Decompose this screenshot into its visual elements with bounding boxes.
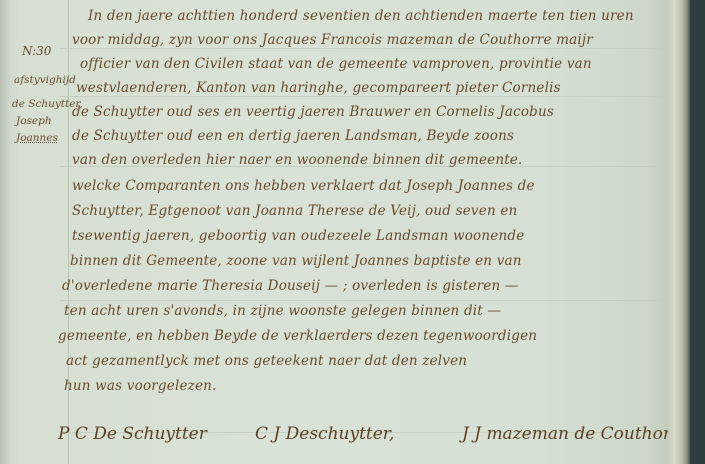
margin-rule: [68, 0, 69, 464]
text-line: In den jaere achttien honderd seventien …: [88, 8, 634, 24]
signature: J J mazeman de Couthorre: [462, 424, 689, 444]
document-page: N:30 afstyvighijd de Schuytter, Joseph J…: [0, 0, 680, 464]
text-line: de Schuytter oud ses en veertig jaeren B…: [72, 104, 554, 120]
text-line: welcke Comparanten ons hebben verklaert …: [72, 178, 535, 194]
text-line: westvlaenderen, Kanton van haringhe, gec…: [76, 80, 561, 96]
previous-page-edge: [0, 0, 10, 464]
margin-name: Joannes: [16, 132, 58, 144]
text-line: de Schuytter oud een en dertig jaeren La…: [72, 128, 514, 144]
text-line: hun was voorgelezen.: [64, 378, 217, 394]
text-line: binnen dit Gemeente, zoone van wijlent J…: [70, 253, 522, 269]
text-line: voor middag, zyn voor ons Jacques Franco…: [72, 32, 593, 48]
text-line: officier van den Civilen staat van de ge…: [80, 56, 592, 72]
text-line: van den overleden hier naer en woonende …: [72, 152, 523, 168]
book-binding: [690, 0, 705, 464]
signature: P C De Schuytter: [58, 424, 207, 444]
text-line: act gezamentlyck met ons geteekent naer …: [66, 353, 467, 369]
signature: C J Deschuytter,: [255, 424, 394, 444]
record-number: N:30: [22, 44, 51, 58]
page-edge: [668, 0, 690, 464]
text-line: gemeente, en hebben Beyde de verklaerder…: [58, 328, 537, 344]
text-line: d'overledene marie Theresia Douseij — ; …: [62, 278, 519, 294]
margin-label: afstyvighijd: [14, 74, 76, 86]
text-line: ten acht uren s'avonds, in zijne woonste…: [64, 303, 501, 319]
text-line: Schuytter, Egtgenoot van Joanna Therese …: [72, 203, 517, 219]
ruled-line: [60, 48, 670, 49]
ruled-line: [60, 96, 670, 97]
text-line: tsewentig jaeren, geboortig van oudezeel…: [72, 228, 524, 244]
ruled-line: [60, 300, 670, 301]
margin-name: Joseph: [16, 115, 52, 127]
